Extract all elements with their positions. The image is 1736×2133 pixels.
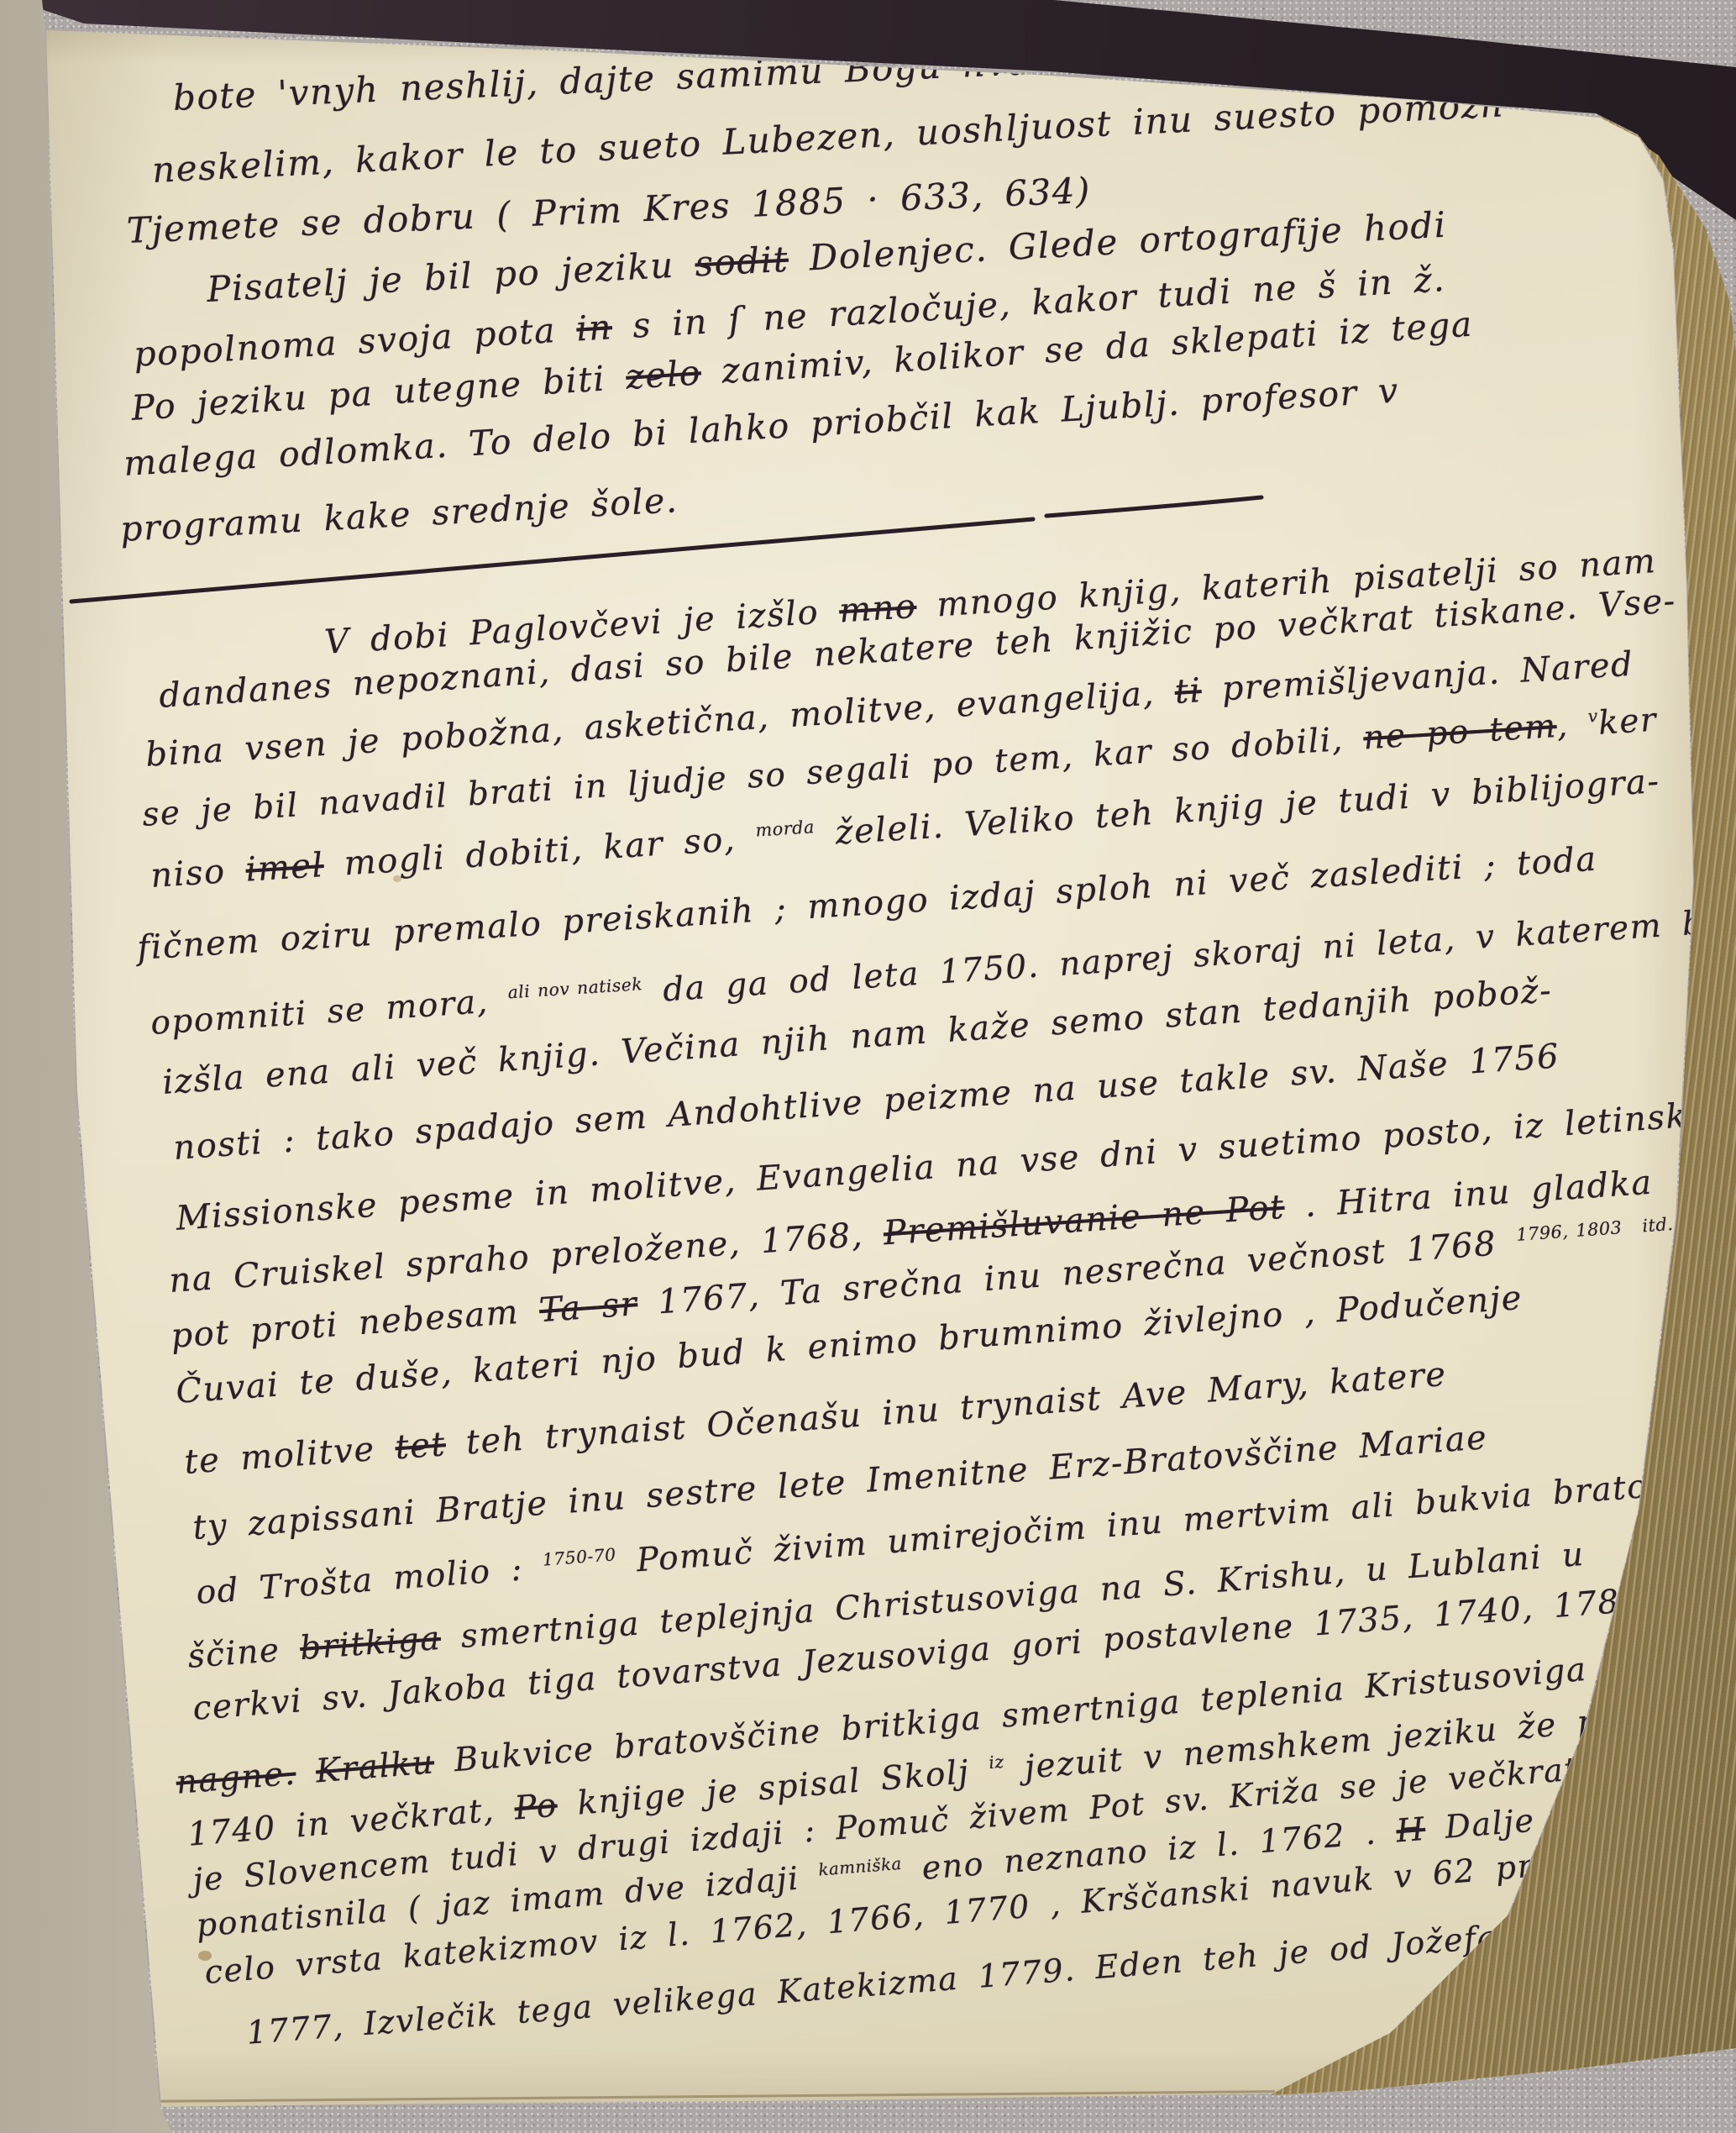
crossed-out-text: tet xyxy=(394,1425,447,1467)
handwriting-segment: programu kake srednje šole. xyxy=(119,480,679,549)
handwritten-text-block: 143 bote 'vnyh neshlij, dajte samimu Bog… xyxy=(0,0,1736,2133)
crossed-out-text: H xyxy=(1395,1810,1427,1850)
handwriting-segment: pot proti nebesam xyxy=(170,1291,541,1356)
crossed-out-text: mno xyxy=(838,587,918,631)
crossed-out-text: Ta sr xyxy=(538,1285,639,1330)
crossed-out-text: ti xyxy=(1173,671,1203,712)
handwriting-segment: od Trošta molio : xyxy=(195,1549,544,1612)
crossed-out-text: sodit xyxy=(694,239,789,285)
handwriting-segment: 1796, 1803 xyxy=(1516,1217,1623,1245)
handwriting-segment: morda xyxy=(755,817,816,840)
crossed-out-text: in xyxy=(575,307,613,349)
handwriting-segment: ščine xyxy=(186,1630,302,1676)
handwriting-segment: te molitve xyxy=(183,1428,396,1481)
crossed-out-text: britkiga xyxy=(299,1620,443,1668)
manuscript-line: programu kake srednje šole. xyxy=(119,480,679,549)
handwriting-segment: mogli dobiti, kar so, xyxy=(323,819,757,885)
handwriting-segment: ker xyxy=(1597,701,1659,743)
handwriting-segment: , xyxy=(1555,706,1590,745)
crossed-out-text: nagne. xyxy=(175,1755,297,1802)
handwriting-segment: kamniška xyxy=(818,1854,903,1880)
crossed-out-text: ne po tem xyxy=(1362,707,1558,757)
photo-of-manuscript: 143 bote 'vnyh neshlij, dajte samimu Bog… xyxy=(0,0,1736,2133)
crossed-out-text: Kralku xyxy=(314,1743,435,1790)
handwriting-segment: Pisatelj je bil po jeziku xyxy=(206,244,696,310)
handwriting-segment xyxy=(294,1753,317,1793)
handwriting-segment: niso xyxy=(149,851,247,896)
crossed-out-text: imel xyxy=(244,846,325,890)
crossed-out-text: zelo xyxy=(625,352,703,397)
handwriting-segment: ali nov natisek xyxy=(507,975,643,1003)
handwriting-segment: iz xyxy=(988,1752,1004,1773)
crossed-out-text: Po xyxy=(513,1787,559,1828)
handwriting-segment xyxy=(1621,1214,1644,1254)
handwriting-segment: v xyxy=(1587,706,1598,727)
handwriting-segment: 1750-70 xyxy=(542,1545,616,1570)
handwriting-segment: premišljevanja. Nared xyxy=(1200,645,1634,710)
handwriting-segment: opomniti se mora, xyxy=(149,981,510,1042)
